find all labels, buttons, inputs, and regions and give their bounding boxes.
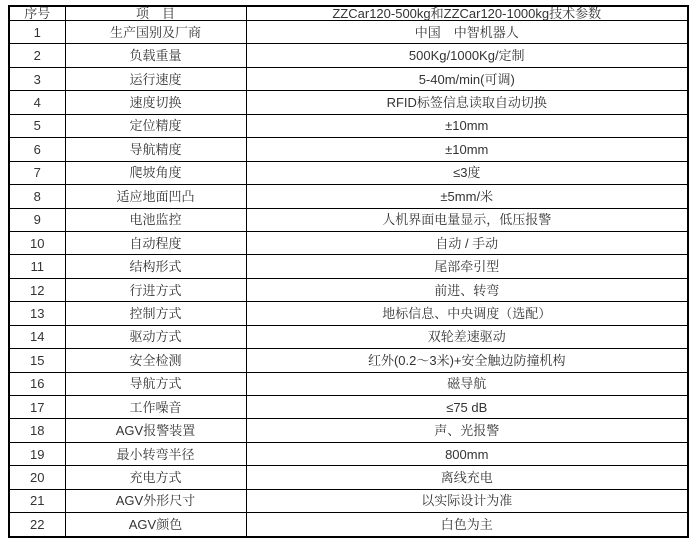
row-item-cell: 安全检测 bbox=[65, 349, 246, 372]
row-item-cell: 速度切换 bbox=[65, 91, 246, 114]
page: 序号 项 目 ZZCar120-500kg和ZZCar120-1000kg技术参… bbox=[0, 0, 697, 543]
row-item-cell: 导航精度 bbox=[65, 138, 246, 161]
table-row: 17工作噪音≤75 dB bbox=[9, 396, 688, 419]
row-value-cell: 5-40m/min(可调) bbox=[246, 67, 688, 90]
row-index-cell: 15 bbox=[9, 349, 65, 372]
row-value-cell: 尾部牵引型 bbox=[246, 255, 688, 278]
table-row: 22AGV颜色白色为主 bbox=[9, 513, 688, 537]
table-row: 11结构形式尾部牵引型 bbox=[9, 255, 688, 278]
row-item-cell: AGV报警装置 bbox=[65, 419, 246, 442]
row-item-cell: 导航方式 bbox=[65, 372, 246, 395]
row-item-cell: 最小转弯半径 bbox=[65, 442, 246, 465]
row-index-cell: 17 bbox=[9, 396, 65, 419]
row-value-cell: 双轮差速驱动 bbox=[246, 325, 688, 348]
row-item-cell: 负载重量 bbox=[65, 44, 246, 67]
table-row: 6导航精度±10mm bbox=[9, 138, 688, 161]
row-index-cell: 6 bbox=[9, 138, 65, 161]
row-index-cell: 16 bbox=[9, 372, 65, 395]
table-row: 19最小转弯半径800mm bbox=[9, 442, 688, 465]
row-value-cell: 500Kg/1000Kg/定制 bbox=[246, 44, 688, 67]
row-value-cell: ±5mm/米 bbox=[246, 185, 688, 208]
table-row: 14驱动方式双轮差速驱动 bbox=[9, 325, 688, 348]
header-item: 项 目 bbox=[65, 6, 246, 21]
row-item-cell: 运行速度 bbox=[65, 67, 246, 90]
row-index-cell: 1 bbox=[9, 21, 65, 44]
row-index-cell: 11 bbox=[9, 255, 65, 278]
row-value-cell: RFID标签信息读取自动切换 bbox=[246, 91, 688, 114]
row-value-cell: 红外(0.2～3米)+安全触边防撞机构 bbox=[246, 349, 688, 372]
row-item-cell: 充电方式 bbox=[65, 466, 246, 489]
row-index-cell: 22 bbox=[9, 513, 65, 537]
row-index-cell: 4 bbox=[9, 91, 65, 114]
row-item-cell: 驱动方式 bbox=[65, 325, 246, 348]
row-item-cell: 控制方式 bbox=[65, 302, 246, 325]
table-row: 15安全检测红外(0.2～3米)+安全触边防撞机构 bbox=[9, 349, 688, 372]
row-value-cell: 前进、转弯 bbox=[246, 278, 688, 301]
row-item-cell: 结构形式 bbox=[65, 255, 246, 278]
table-row: 12行进方式前进、转弯 bbox=[9, 278, 688, 301]
row-value-cell: 以实际设计为准 bbox=[246, 489, 688, 512]
row-item-cell: 爬坡角度 bbox=[65, 161, 246, 184]
table-row: 7爬坡角度≤3度 bbox=[9, 161, 688, 184]
row-value-cell: 白色为主 bbox=[246, 513, 688, 537]
row-index-cell: 13 bbox=[9, 302, 65, 325]
row-item-cell: 生产国别及厂商 bbox=[65, 21, 246, 44]
table-row: 9电池监控人机界面电量显示，低压报警 bbox=[9, 208, 688, 231]
row-value-cell: 磁导航 bbox=[246, 372, 688, 395]
row-value-cell: ±10mm bbox=[246, 114, 688, 137]
table-row: 5定位精度±10mm bbox=[9, 114, 688, 137]
row-item-cell: 适应地面凹凸 bbox=[65, 185, 246, 208]
row-item-cell: 行进方式 bbox=[65, 278, 246, 301]
row-item-cell: 工作噪音 bbox=[65, 396, 246, 419]
row-index-cell: 20 bbox=[9, 466, 65, 489]
row-value-cell: ±10mm bbox=[246, 138, 688, 161]
row-value-cell: ≤75 dB bbox=[246, 396, 688, 419]
row-item-cell: 自动程度 bbox=[65, 231, 246, 254]
table-header-row: 序号 项 目 ZZCar120-500kg和ZZCar120-1000kg技术参… bbox=[9, 6, 688, 21]
table-row: 1生产国别及厂商中国 中智机器人 bbox=[9, 21, 688, 44]
table-row: 21AGV外形尺寸以实际设计为准 bbox=[9, 489, 688, 512]
table-row: 20充电方式离线充电 bbox=[9, 466, 688, 489]
agv-spec-table: 序号 项 目 ZZCar120-500kg和ZZCar120-1000kg技术参… bbox=[8, 5, 689, 538]
row-index-cell: 21 bbox=[9, 489, 65, 512]
row-item-cell: AGV外形尺寸 bbox=[65, 489, 246, 512]
row-item-cell: 电池监控 bbox=[65, 208, 246, 231]
row-value-cell: 地标信息、中央调度（选配） bbox=[246, 302, 688, 325]
row-value-cell: 声、光报警 bbox=[246, 419, 688, 442]
row-value-cell: 人机界面电量显示，低压报警 bbox=[246, 208, 688, 231]
row-index-cell: 18 bbox=[9, 419, 65, 442]
table-row: 13控制方式地标信息、中央调度（选配） bbox=[9, 302, 688, 325]
row-index-cell: 3 bbox=[9, 67, 65, 90]
row-value-cell: 自动 / 手动 bbox=[246, 231, 688, 254]
row-value-cell: 中国 中智机器人 bbox=[246, 21, 688, 44]
table-row: 2负载重量500Kg/1000Kg/定制 bbox=[9, 44, 688, 67]
header-value: ZZCar120-500kg和ZZCar120-1000kg技术参数 bbox=[246, 6, 688, 21]
row-index-cell: 8 bbox=[9, 185, 65, 208]
spec-table-body: 1生产国别及厂商中国 中智机器人2负载重量500Kg/1000Kg/定制3运行速… bbox=[9, 21, 688, 538]
row-value-cell: ≤3度 bbox=[246, 161, 688, 184]
row-value-cell: 离线充电 bbox=[246, 466, 688, 489]
header-index: 序号 bbox=[9, 6, 65, 21]
row-item-cell: AGV颜色 bbox=[65, 513, 246, 537]
table-row: 4速度切换RFID标签信息读取自动切换 bbox=[9, 91, 688, 114]
table-row: 3运行速度5-40m/min(可调) bbox=[9, 67, 688, 90]
row-item-cell: 定位精度 bbox=[65, 114, 246, 137]
table-row: 16导航方式磁导航 bbox=[9, 372, 688, 395]
row-index-cell: 2 bbox=[9, 44, 65, 67]
row-index-cell: 12 bbox=[9, 278, 65, 301]
row-index-cell: 14 bbox=[9, 325, 65, 348]
table-row: 10自动程度自动 / 手动 bbox=[9, 231, 688, 254]
table-row: 8适应地面凹凸±5mm/米 bbox=[9, 185, 688, 208]
table-row: 18AGV报警装置声、光报警 bbox=[9, 419, 688, 442]
row-index-cell: 5 bbox=[9, 114, 65, 137]
row-index-cell: 10 bbox=[9, 231, 65, 254]
row-index-cell: 9 bbox=[9, 208, 65, 231]
row-value-cell: 800mm bbox=[246, 442, 688, 465]
row-index-cell: 19 bbox=[9, 442, 65, 465]
row-index-cell: 7 bbox=[9, 161, 65, 184]
